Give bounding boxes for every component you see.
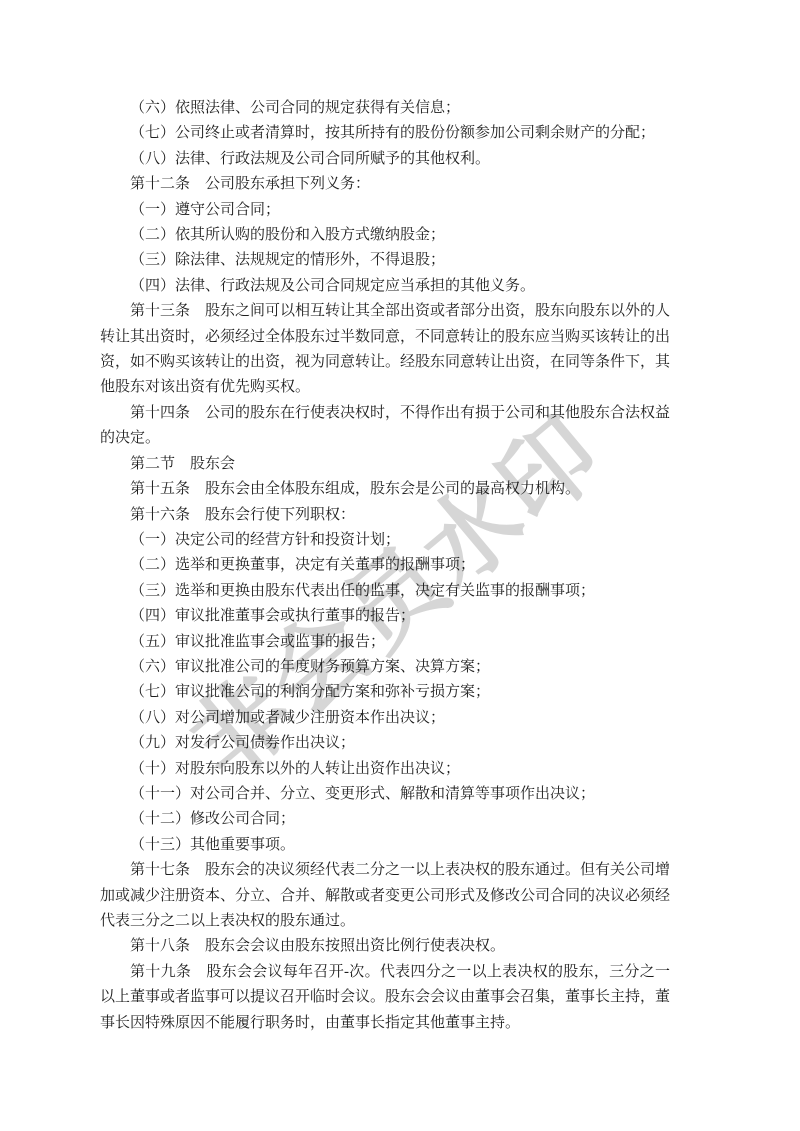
paragraph: 第十五条 股东会由全体股东组成，股东会是公司的最高权力机构。 [100, 477, 670, 502]
paragraph: （四）法律、行政法规及公司合同规定应当承担的其他义务。 [100, 274, 670, 299]
paragraph: （八）法律、行政法规及公司合同所赋予的其他权利。 [100, 147, 670, 172]
paragraph: （四）审议批准董事会或执行董事的报告； [100, 604, 670, 629]
paragraph: （十）对股东向股东以外的人转让出资作出决议； [100, 757, 670, 782]
document-content: （六）依照法律、公司合同的规定获得有关信息；（七）公司终止或者清算时，按其所持有… [100, 96, 670, 1036]
paragraph: 第十七条 股东会的决议须经代表二分之一以上表决权的股东通过。但有关公司增加或减少… [100, 858, 670, 934]
paragraph: （一）遵守公司合同； [100, 198, 670, 223]
paragraph: （二）选举和更换董事，决定有关董事的报酬事项； [100, 553, 670, 578]
paragraph: （七）审议批准公司的利润分配方案和弥补亏损方案； [100, 680, 670, 705]
paragraph: （十二）修改公司合同； [100, 807, 670, 832]
paragraph: （一）决定公司的经营方针和投资计划； [100, 528, 670, 553]
paragraph: （六）依照法律、公司合同的规定获得有关信息； [100, 96, 670, 121]
paragraph: 第十六条 股东会行使下列职权： [100, 503, 670, 528]
paragraph: （九）对发行公司债券作出决议； [100, 731, 670, 756]
paragraph: （十一）对公司合并、分立、变更形式、解散和清算等事项作出决议； [100, 782, 670, 807]
paragraph: 第十八条 股东会会议由股东按照出资比例行使表决权。 [100, 934, 670, 959]
paragraph: （五）审议批准监事会或监事的报告； [100, 630, 670, 655]
paragraph: （十三）其他重要事项。 [100, 833, 670, 858]
paragraph: （七）公司终止或者清算时，按其所持有的股份份额参加公司剩余财产的分配； [100, 121, 670, 146]
paragraph: 第十二条 公司股东承担下列义务： [100, 172, 670, 197]
paragraph: 第十四条 公司的股东在行使表决权时，不得作出有损于公司和其他股东合法权益的决定。 [100, 401, 670, 452]
paragraph: 第十三条 股东之间可以相互转让其全部出资或者部分出资，股东向股东以外的人转让其出… [100, 299, 670, 401]
paragraph: （三）除法律、法规规定的情形外，不得退股； [100, 248, 670, 273]
document-page: 非会员水印 （六）依照法律、公司合同的规定获得有关信息；（七）公司终止或者清算时… [0, 0, 800, 1131]
paragraph: 第二节 股东会 [100, 452, 670, 477]
paragraph: （二）依其所认购的股份和入股方式缴纳股金； [100, 223, 670, 248]
paragraph: 第十九条 股东会会议每年召开-次。代表四分之一以上表决权的股东，三分之一以上董事… [100, 960, 670, 1036]
paragraph: （八）对公司增加或者减少注册资本作出决议； [100, 706, 670, 731]
paragraph: （六）审议批准公司的年度财务预算方案、决算方案； [100, 655, 670, 680]
paragraph: （三）选举和更换由股东代表出任的监事，决定有关监事的报酬事项； [100, 579, 670, 604]
